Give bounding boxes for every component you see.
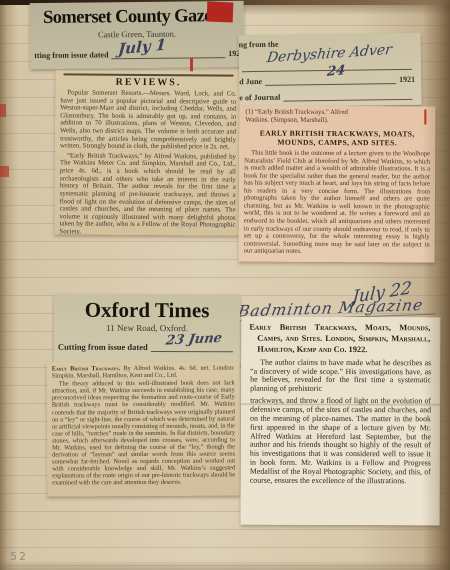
dated-label: Cutting from issue dated	[58, 342, 148, 352]
red-margin-mark	[0, 104, 6, 117]
heading-line: EARLY BRITISH TRACKWAYS, MOATS,	[260, 129, 415, 139]
review-paragraph: trackways, and throw a flood of light on…	[250, 397, 431, 486]
notice-heading: Early British Trackways, Moats, Mounds, …	[241, 317, 440, 356]
reference-line: Watkins. (Simpson, Marshall).	[245, 117, 328, 124]
dated-label: tting from issue dated	[34, 50, 108, 60]
masthead-title: Oxford Times	[54, 294, 240, 324]
page-bottom-shadow	[0, 560, 450, 570]
month-label: d June	[239, 77, 262, 86]
book-reference: (1) “Early British Trackways.” Alfred Wa…	[239, 105, 435, 126]
clipping-oxford-masthead: Oxford Times 11 New Road, Oxford. Cuttin…	[54, 294, 240, 366]
dated-row: Cutting from issue dated 23 June	[54, 342, 240, 353]
page-curve-shadow	[422, 0, 450, 570]
clipping-oxford-review: Early British Trackways. By Alfred Watki…	[47, 361, 241, 496]
clipping-somerset-reviews: REVIEWS. Popular Somerset Resorts.—Messr…	[54, 70, 241, 235]
clipping-derbyshire-review: (1) “Early British Trackways.” Alfred Wa…	[239, 105, 436, 262]
handwritten-date: 23 June	[165, 331, 223, 349]
review-paragraph: The theory adduced in this well-illustra…	[52, 380, 236, 487]
reference-line: (1) “Early British Trackways.” Alfred	[245, 109, 348, 117]
red-margin-mark	[0, 166, 9, 177]
reviews-heading: REVIEWS.	[55, 76, 241, 88]
review-paragraph: Popular Somerset Resorts.—Messrs. Ward, …	[60, 89, 236, 151]
clipping-london-review: Early British Trackways, Moats, Mounds, …	[241, 317, 441, 526]
review-lead: Early British Trackways. By Alfred Watki…	[52, 365, 235, 380]
journal-label-row: e of Journal	[239, 91, 415, 102]
review-paragraph: This little book is the outcome of a lec…	[244, 149, 431, 256]
handwritten-day: 24	[326, 63, 345, 80]
review-paragraph: The author claims to have made what he d…	[250, 358, 431, 394]
page-edge-shadow	[235, 5, 450, 15]
review-paragraph: “Early British Trackways,” by Alfred Wat…	[59, 152, 236, 235]
article-heading: EARLY BRITISH TRACKWAYS, MOATS, MOUNDS, …	[239, 128, 435, 148]
year-label: 1921	[399, 75, 415, 84]
journal-label: e of Journal	[239, 93, 280, 103]
dated-row: tting from issue dated 192 July 1	[30, 49, 244, 60]
cutting-label: ng from the	[239, 40, 279, 50]
red-ink-mark	[207, 2, 234, 23]
clipping-derbyshire-form: ng from the Derbyshire Adver d June 1921…	[239, 33, 422, 108]
heading-line: MOUNDS, CAMPS, AND SITES.	[277, 138, 397, 148]
scrapbook-page: Somerset County Gazette Castle Green, Ta…	[0, 0, 450, 570]
date-row: d June 1921 24	[239, 75, 415, 86]
journal-blank-line	[283, 91, 412, 102]
